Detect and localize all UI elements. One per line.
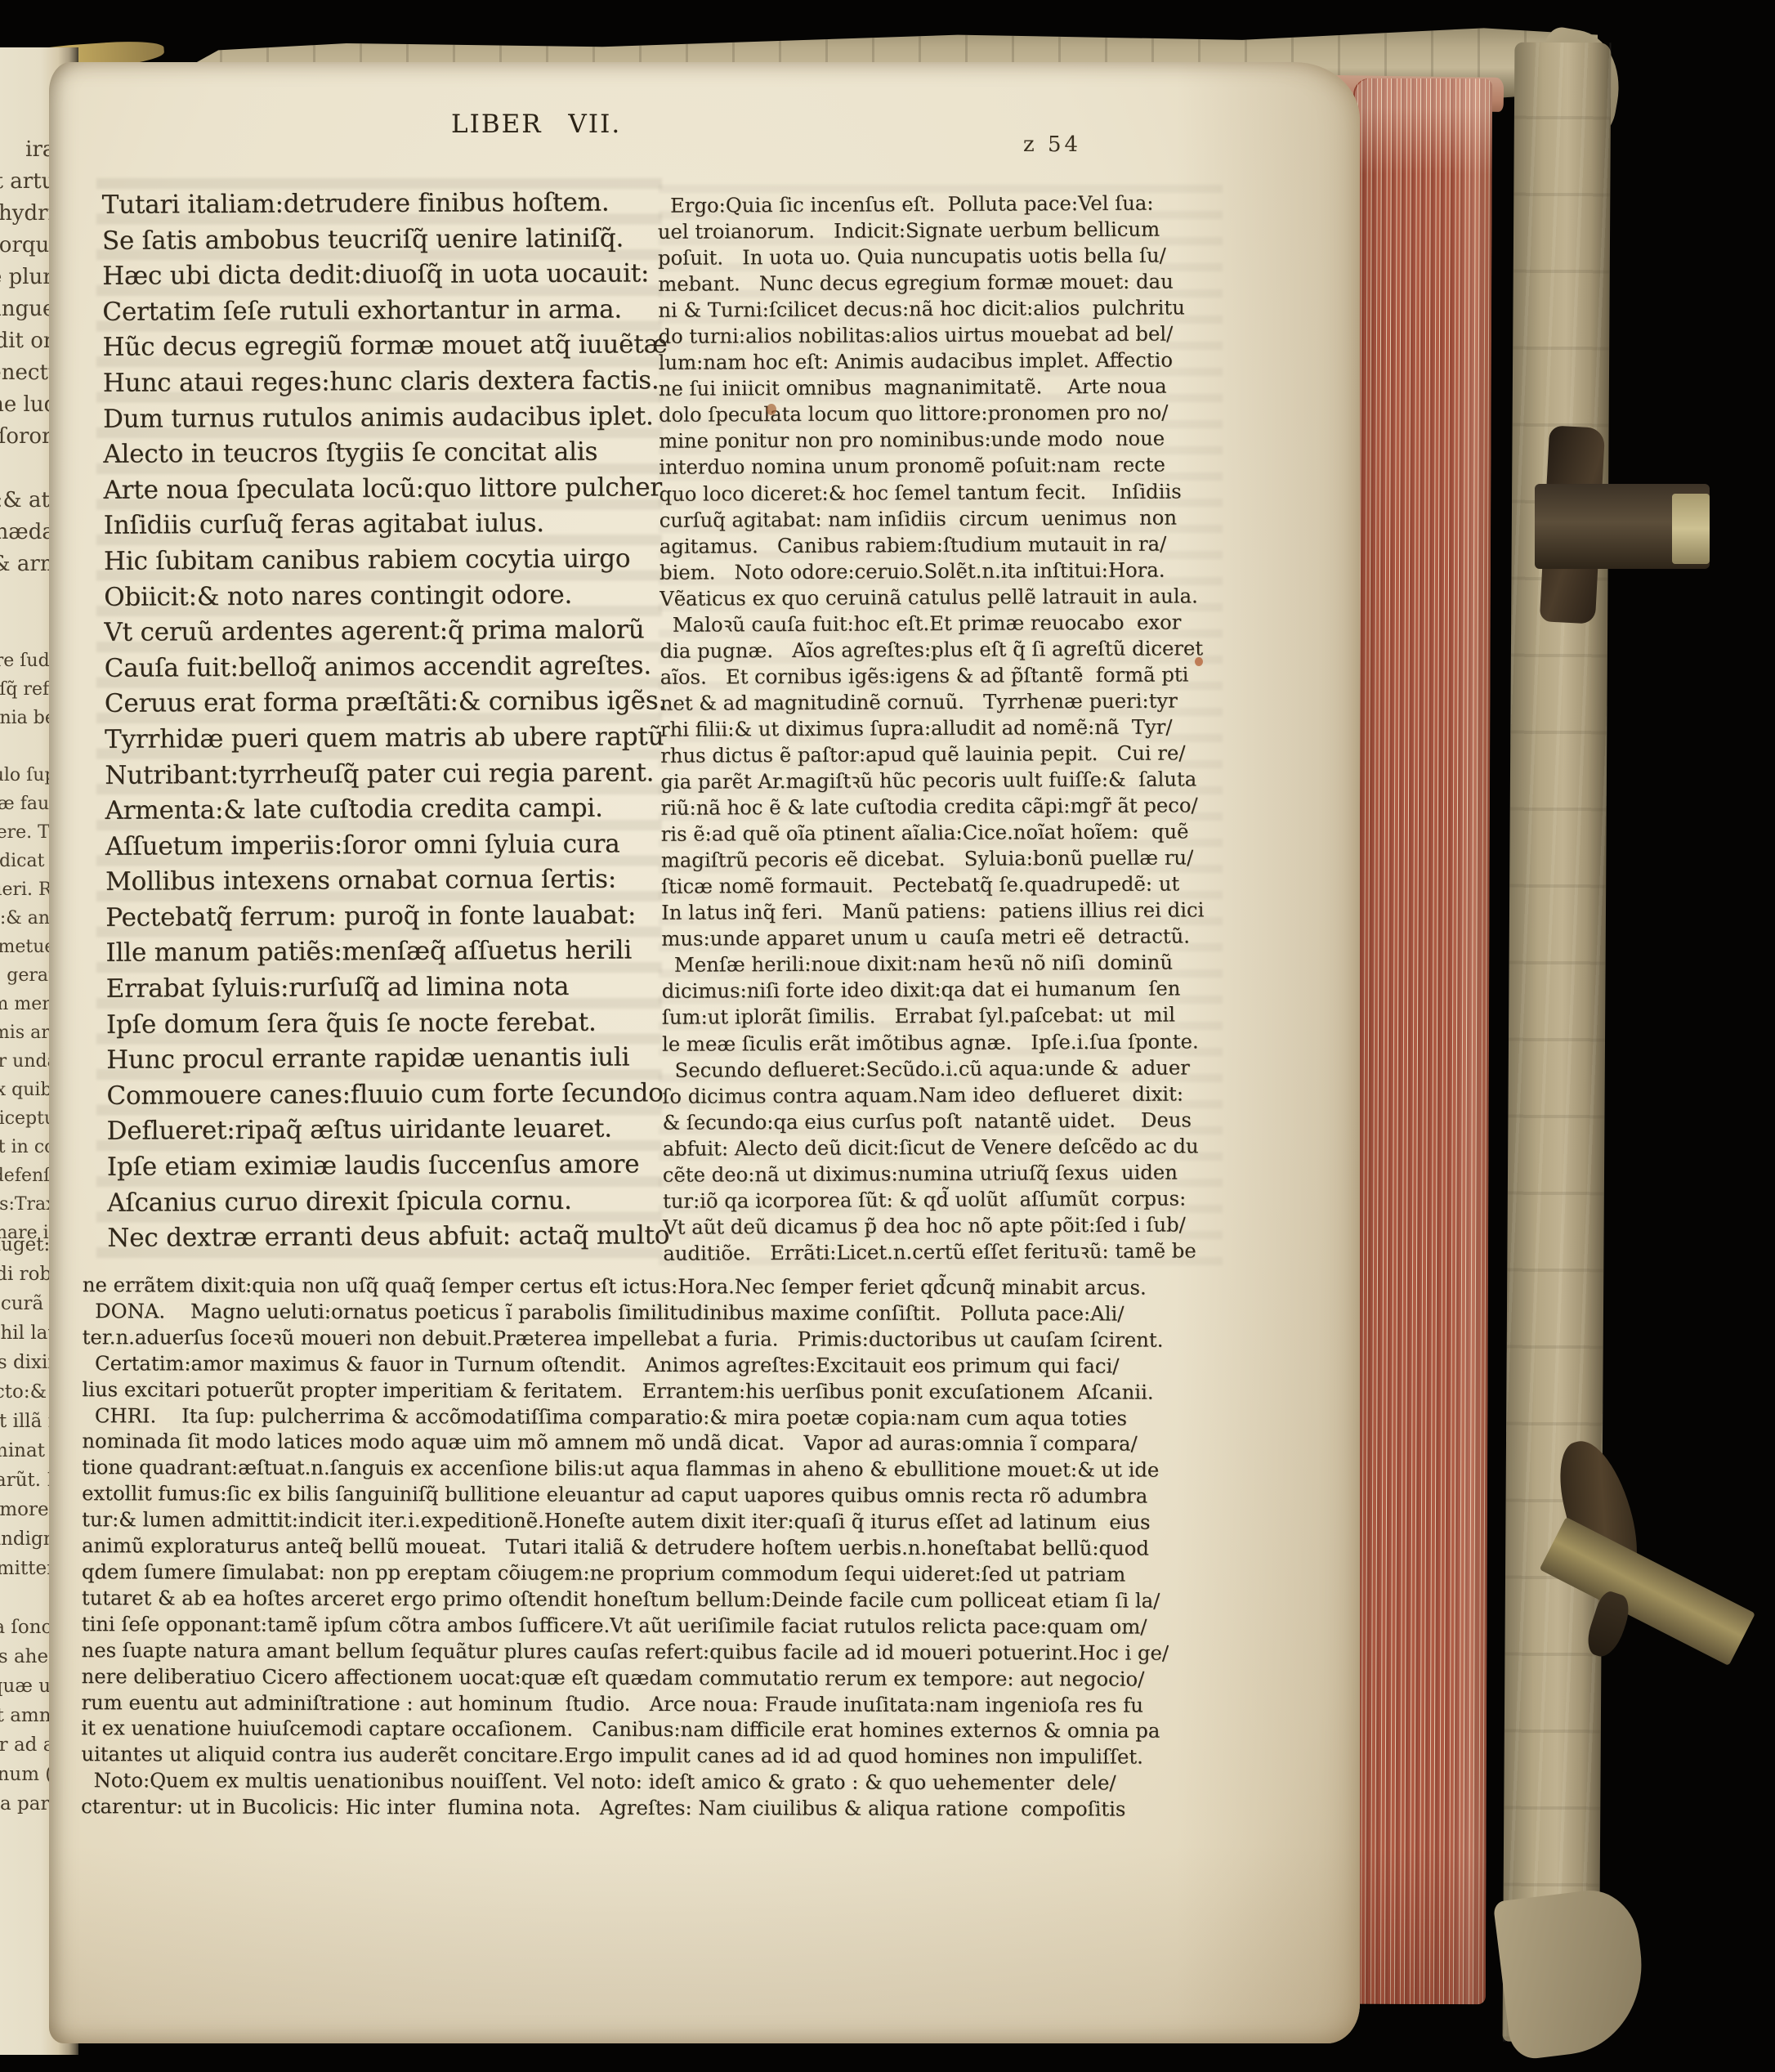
commentary-line: tur:& lumen admittit:indicit iter.i.expe… — [82, 1506, 1226, 1536]
verse-line: Obiicit:& noto nares contingit odore. — [104, 577, 676, 615]
commentary-line: lum:nam hoc eſt: Animis audacibus implet… — [659, 347, 1223, 376]
verse-line: Pectebatq̃ ferrum: puroq̃ in fonte lauab… — [105, 897, 677, 936]
commentary-line: aĩos. Et cornibus igẽs:igens & ad p̃ſtan… — [660, 661, 1224, 691]
verse-line: Nutribant:tyrrheuſq̃ pater cui regia par… — [105, 755, 677, 794]
verse-line: Cauſa fuit:belloq̃ animos accendit agreſ… — [105, 648, 677, 687]
verse-line: Armenta:& late cuſtodia credita campi. — [105, 790, 677, 829]
red-stained-fore-edge — [1347, 78, 1492, 2005]
verse-line: Hic ſubitam canibus rabiem cocytia uirgo — [104, 541, 676, 580]
verse-line: Dum turnus rutulos animis audacibus iple… — [103, 399, 675, 437]
commentary-line: it ex uenatione huiuſcemodi captare occa… — [81, 1716, 1225, 1745]
commentary-line: riũ:nã hoc ẽ & late cuſtodia credita cãp… — [660, 792, 1224, 821]
commentary-line: & ſecundo:qa eius curſus poſt natantẽ ui… — [662, 1107, 1226, 1136]
commentary-line: auditiõe. Errãti:Licet.n.certũ eſſet fer… — [663, 1237, 1227, 1267]
commentary-line: do turni:alios nobilitas:alios uirtus mo… — [658, 320, 1222, 350]
verse-line: Hæc ubi dicta dedit:diuoſq̃ in uota uoca… — [102, 256, 674, 294]
book-page-recto: LIBER VII. z 54 Tutari italiam:detrudere… — [49, 62, 1360, 2043]
commentary-line: ſo dicimus contra aquam.Nam ideo defluer… — [662, 1081, 1226, 1110]
verse-line: Se ſatis ambobus teucriſq̃ uenire latini… — [102, 221, 674, 259]
parchment-cover-right-edge — [1503, 43, 1612, 2043]
commentary-line: tini ſeſe opponant:tamẽ ipſum cõtra ambo… — [82, 1611, 1226, 1640]
book-clasp-upper — [1535, 425, 1728, 646]
commentary-line: tione quadrant:æſtuat.n.ſanguis ex accen… — [82, 1455, 1226, 1484]
verse-line: Ille manum patiẽs:menſæq̃ aſſuetus heril… — [105, 933, 677, 972]
commentary-line: CHRI. Ita ſup: pulcherrima & accõmodatiſ… — [82, 1403, 1226, 1432]
commentary-line: ne ſui iniicit omnibus magnanimitatẽ. Ar… — [659, 374, 1223, 403]
commentary-line: curſuq̃ agitabat: nam inſidiis circum ue… — [659, 504, 1223, 534]
running-title: LIBER VII. — [451, 110, 621, 139]
verse-line: Ipſe domum ſera q̃uis ſe nocte ferebat. — [106, 1005, 678, 1043]
commentary-line: ris ẽ:ad quẽ oĩa ptinent aĩalia:Cice.noĩ… — [661, 818, 1225, 848]
commentary-line: ctarentur: ut in Bucolicis: Hic inter fl… — [81, 1793, 1225, 1823]
commentary-line: le meæ ſiculis erãt imõtibus agnæ. Ipſe.… — [662, 1028, 1226, 1058]
verse-line: Hunc procul errante rapidæ uenantis iuli — [106, 1040, 678, 1078]
verse-line: Alecto in teucros ſtygiis ſe concitat al… — [103, 434, 675, 472]
commentary-line: Vẽaticus ex quo ceruinã catulus pellẽ la… — [659, 583, 1223, 612]
verse-line: Vt ceruũ ardentes agerent:q̃ prima malor… — [104, 612, 676, 651]
bottom-commentary-block: ne errãtem dixit:quia non uſq̃ quaq̃ ſem… — [81, 1272, 1227, 1823]
commentary-line: In latus inq̃ feri. Manũ patiens: patien… — [661, 897, 1225, 926]
paper-stain-speck — [767, 404, 776, 415]
commentary-line: rum euentu aut adminiſtratione : aut hom… — [81, 1689, 1225, 1719]
commentary-line: Maloꝛũ cauſa fuit:hoc eſt.Et primæ reuoc… — [659, 609, 1223, 638]
commentary-line: cẽte deo:nã ut diximus:numina utriuſq̃ ſ… — [663, 1159, 1227, 1188]
verse-line: Tyrrhidæ pueri quem matris ab ubere rapt… — [105, 719, 677, 758]
commentary-line: quo loco diceret:& hoc ſemel tantum feci… — [659, 478, 1223, 508]
commentary-line: magiſtrũ pecoris eẽ dicebat. Syluia:bonũ… — [661, 844, 1225, 874]
commentary-line: gia parẽt Ar.magiſtꝛũ hũc pecoris uult f… — [660, 766, 1224, 795]
commentary-line: ſticæ nomẽ formauit. Pectebatq̃ ſe.quadr… — [661, 870, 1225, 900]
commentary-line: animũ exploraturus anteq̃ bellũ moueat. … — [82, 1533, 1226, 1562]
folio-number: z 54 — [1023, 132, 1081, 157]
verse-line: Aſcanius curuo direxit ſpicula cornu. — [107, 1183, 679, 1221]
commentary-line: Menſæ herili:noue dixit:nam heꝛũ nõ niſi… — [661, 950, 1225, 979]
commentary-line: tur:iõ qa icorporea ſũt: & qd̃ uolũt aſſ… — [663, 1185, 1227, 1215]
verse-line: Mollibus intexens ornabat cornua ſertis: — [105, 861, 677, 900]
commentary-line: poſuit. In uota uo. Quia nuncupatis uoti… — [658, 242, 1222, 271]
commentary-line: qdem ſumere ſimulabat: non pp ereptam cõ… — [82, 1559, 1226, 1588]
verse-line: Errabat ſyluis:rurſuſq̃ ad limina nota — [106, 969, 678, 1007]
commentary-line: extollit fumus:ſic ex bilis ſanguiniſq̃ … — [82, 1480, 1226, 1510]
commentary-line: nominada ſit modo latices modo aquæ uim … — [82, 1429, 1226, 1458]
commentary-line: ter.n.aduerſus ſoceꝛũ moueri non debuit.… — [83, 1324, 1227, 1354]
verse-line: Commouere canes:fluuio cum forte ſecundo — [106, 1076, 678, 1114]
verse-line: Arte noua ſpeculata locũ:quo littore pul… — [103, 470, 675, 508]
verse-line: Hũc decus egregiũ formæ mouet atq̃ iuuẽt… — [102, 328, 674, 366]
commentary-line: dia pugnæ. Aĩos agreſtes:plus eſt q̃ ſi … — [659, 635, 1223, 665]
commentary-line: mebant. Nunc decus egregium formæ mouet:… — [658, 268, 1222, 298]
verse-line: Hunc ataui reges:hunc claris dextera fac… — [103, 363, 675, 401]
commentary-line: interduo nomina unum pronomẽ poſuit:nam … — [659, 452, 1223, 481]
commentary-line: agitamus. Canibus rabiem:ſtudium mutauit… — [659, 530, 1223, 560]
commentary-line: nes ſuapte natura amant bellum ſequãtur … — [82, 1637, 1226, 1667]
commentary-line: dicimus:niſi forte ideo dixit:qa dat ei … — [662, 976, 1226, 1005]
commentary-line: rhus dictus ẽ paſtor:apud quẽ lauinia pe… — [660, 740, 1224, 769]
verse-line: Nec dextræ erranti deus abfuit: actaq̃ m… — [107, 1218, 679, 1256]
verse-line: Tutari italiam:detrudere finibus hoſtem. — [102, 185, 674, 223]
commentary-line: abfuit: Alecto deũ dicit:ſicut de Venere… — [663, 1133, 1227, 1162]
commentary-line: ne errãtem dixit:quia non uſq̃ quaq̃ ſem… — [83, 1272, 1227, 1301]
commentary-line: uitantes ut aliquid contra ius auderẽt c… — [81, 1741, 1225, 1770]
clasp-strap — [1540, 1517, 1755, 1666]
verse-line: Ipſe etiam eximiæ laudis ſuccenſus amore — [107, 1147, 679, 1185]
paper-stain-speck — [1195, 657, 1203, 666]
parchment-cover-bottom-corner — [1493, 1885, 1652, 2061]
commentary-line: Secundo deflueret:Secũdo.i.cũ aqua:unde … — [662, 1054, 1226, 1084]
commentary-line: Certatim:amor maximus & fauor in Turnum … — [83, 1350, 1227, 1380]
verse-column: Tutari italiam:detrudere finibus hoſtem.… — [102, 185, 680, 1256]
clasp-brass-tip — [1672, 494, 1710, 564]
clasp-leather-tail — [1583, 1589, 1634, 1661]
commentary-line: mus:unde apparet unum u cauſa metri eẽ d… — [661, 924, 1225, 953]
commentary-line: dolo ſpeculata locum quo littore:pronome… — [659, 400, 1223, 429]
commentary-line: Noto:Quem ex multis uenationibus nouiſſe… — [81, 1767, 1225, 1797]
book-clasp-lower — [1545, 1432, 1775, 1677]
commentary-line: mine ponitur non pro nominibus:unde modo… — [659, 426, 1223, 455]
commentary-line: biem. Noto odore:ceruio.Solẽt.n.ita inſt… — [659, 557, 1223, 586]
commentary-line: ni & Turni:ſcilicet decus:nã hoc dicit:a… — [658, 294, 1222, 324]
photo-of-open-book: iras.occupat artus.pilat hydris:ammea to… — [0, 0, 1775, 2072]
commentary-line: nere deliberatiuo Cicero affectionem uoc… — [82, 1663, 1226, 1693]
commentary-line: tutaret & ab ea hoſtes arceret ergo prim… — [82, 1585, 1226, 1614]
commentary-line: ſum:ut iplorãt ſimilis. Errabat ſyl.paſc… — [662, 1002, 1226, 1032]
commentary-line: Ergo:Quia ſic incenſus eſt. Polluta pace… — [658, 190, 1222, 219]
commentary-line: Vt aũt deũ dicamus p̃ dea hoc nõ apte põ… — [663, 1211, 1227, 1241]
commentary-line: lius excitari potuerũt propter imperitia… — [82, 1376, 1226, 1406]
commentary-line: uel troianorum. Indicit:Signate uerbum b… — [658, 216, 1222, 245]
verse-line: Deflueret:ripaq̃ æſtus uiridante leuaret… — [107, 1112, 679, 1150]
verse-line: Certatim ſeſe rutuli exhortantur in arma… — [102, 292, 674, 330]
commentary-line: net & ad magnitudinẽ cornuũ. Tyrrhenæ pu… — [660, 687, 1224, 717]
verse-line: Ceruus erat forma præſtãti:& cornibus ig… — [105, 683, 677, 722]
verse-line: Aſſuetum imperiis:ſoror omni ſyluia cura — [105, 826, 677, 865]
commentary-column: Ergo:Quia ſic incenſus eſt. Polluta pace… — [658, 190, 1227, 1267]
verse-line: Inſidiis curſuq̃ feras agitabat iulus. — [104, 506, 676, 544]
commentary-line: rhi filii:& ut diximus ſupra:alludit ad … — [660, 714, 1224, 743]
commentary-line: DONA. Magno ueluti:ornatus poeticus ĩ pa… — [83, 1298, 1227, 1327]
